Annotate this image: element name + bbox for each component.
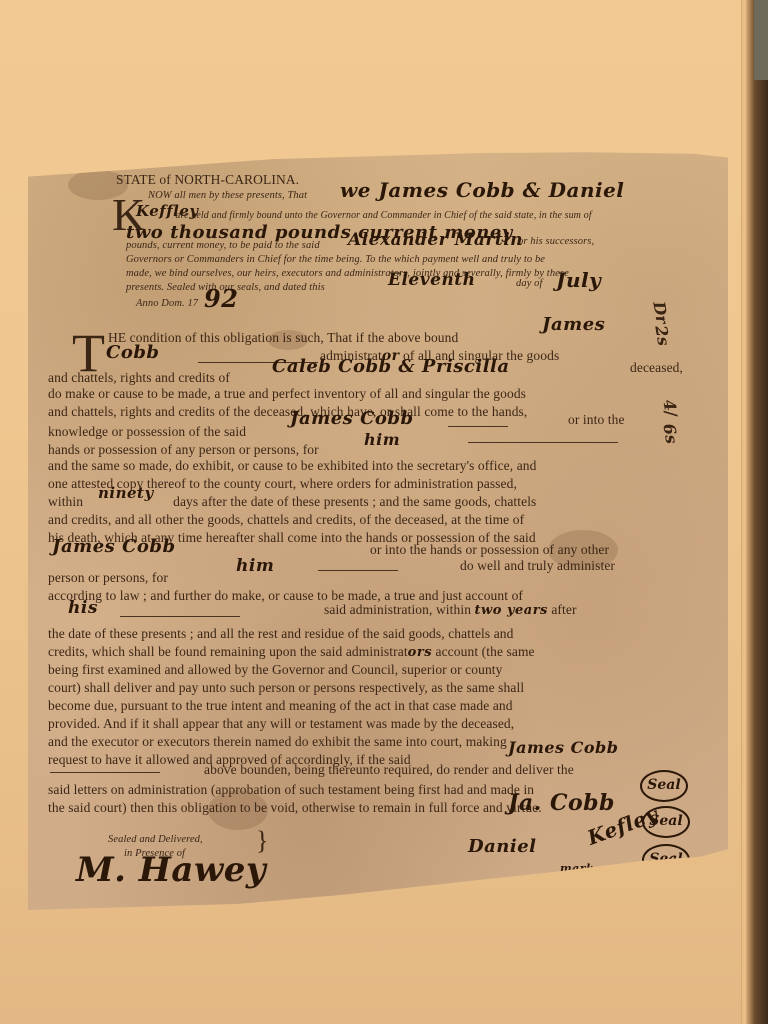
condition-line-16-hand: his — [68, 598, 98, 618]
condition-line-20: court) shall deliver and pay unto such p… — [48, 680, 524, 696]
margin-note-2: 2s — [651, 324, 673, 347]
condition-line-6-end: or into the — [568, 412, 625, 428]
obligors-handwritten: we James Cobb & Daniel — [340, 178, 624, 202]
blank-line — [318, 570, 398, 571]
governor-name-handwritten: Alexander Martin — [348, 230, 523, 250]
preamble-line4-printed-a: pounds, current money, to be paid to the… — [126, 240, 320, 251]
preamble-line4-printed-b: or his successors, — [518, 236, 594, 247]
condition-line-13-hand: James Cobb — [52, 536, 176, 557]
year-handwritten: 92 — [204, 284, 238, 313]
background-object — [754, 0, 768, 80]
condition-line-14-hand: him — [236, 556, 274, 576]
preamble-line1-printed: NOW all men by these presents, That — [148, 190, 307, 201]
condition-line-1-hand: James — [542, 314, 605, 335]
condition-line-8: and the same so made, do exhibit, or cau… — [48, 458, 537, 474]
signature-daniel-first: Daniel — [468, 836, 537, 857]
condition-line-3: and chattels, rights and credits of — [48, 370, 230, 386]
condition-line-7-hand: him — [364, 430, 400, 449]
book-page-edge — [741, 0, 746, 1024]
book-spine-shadow — [746, 0, 768, 1024]
state-heading: STATE of NORTH-CAROLINA. — [116, 172, 299, 188]
seal-2: Seal — [642, 806, 690, 838]
day-handwritten: Eleventh — [388, 270, 476, 290]
blank-line — [50, 772, 160, 773]
condition-line-7: hands or possession of any person or per… — [48, 442, 319, 458]
condition-line-17: the date of these presents ; and all the… — [48, 626, 514, 642]
signature-james-cobb: Ja. Cobb — [508, 790, 615, 816]
blank-line — [468, 442, 618, 443]
condition-line-27: the said court) then this obligation to … — [48, 800, 542, 816]
condition-line-2-hand: Cobb — [106, 342, 160, 363]
preamble-line6-printed: made, we bind ourselves, our heirs, exec… — [126, 268, 569, 279]
days-handwritten: ninety — [98, 484, 154, 502]
condition-line-5: and chattels, rights and credits of the … — [48, 404, 527, 420]
condition-line-11: and credits, and all other the goods, ch… — [48, 512, 524, 528]
margin-note-1: Dr — [649, 300, 672, 325]
condition-line-26: said letters on administration (approbat… — [48, 782, 534, 798]
seal-3: Seal — [642, 844, 690, 876]
condition-line-14-end: do well and truly administer — [460, 558, 615, 574]
condition-line-6-hand: James Cobb — [290, 408, 414, 429]
blank-line — [120, 616, 240, 617]
condition-line-23: and the executor or executors therein na… — [48, 734, 507, 750]
condition-line-13: or into the hands or possession of any o… — [370, 542, 609, 558]
condition-line-19: being first examined and allowed by the … — [48, 662, 503, 678]
seal-1: Seal — [640, 770, 688, 802]
margin-note-3: 4/ — [659, 398, 681, 418]
condition-line-21: become due, pursuant to the true intent … — [48, 698, 513, 714]
decedents-handwritten: Caleb Cobb & Priscilla — [272, 356, 510, 377]
month-handwritten: July — [556, 268, 601, 292]
preamble-line2-printed: Keffley____are held and firmly bound unt… — [126, 210, 592, 221]
condition-line-24-hand: James Cobb — [508, 738, 618, 757]
preamble-line8-printed: Anno Dom. 17 — [136, 298, 198, 309]
condition-line-3-end: deceased, — [630, 360, 683, 376]
condition-line-14: person or persons, for — [48, 570, 168, 586]
bond-document: STATE of NORTH-CAROLINA. K NOW all men b… — [28, 150, 728, 910]
witness-signature: M. Hawey — [76, 850, 266, 890]
margin-note-4: 6s — [659, 422, 681, 445]
condition-line-6: knowledge or possession of the said — [48, 424, 246, 440]
condition-line-22: provided. And if it shall appear that an… — [48, 716, 514, 732]
condition-line-25: above bounden, being thereunto required,… — [204, 762, 574, 778]
preamble-line5-printed: Governors or Commanders in Chief for the… — [126, 254, 545, 265]
preamble-line7-printed-b: day of — [516, 278, 543, 289]
condition-line-4: do make or cause to be made, a true and … — [48, 386, 526, 402]
condition-line-16: said administration, within two years af… — [324, 602, 577, 618]
blank-line — [448, 426, 508, 427]
sealed-delivered-label: Sealed and Delivered, — [108, 834, 203, 845]
mark-label: mark — [560, 862, 594, 875]
condition-line-1: HE condition of this obligation is such,… — [108, 330, 458, 346]
condition-line-18: credits, which shall be found remaining … — [48, 644, 535, 660]
